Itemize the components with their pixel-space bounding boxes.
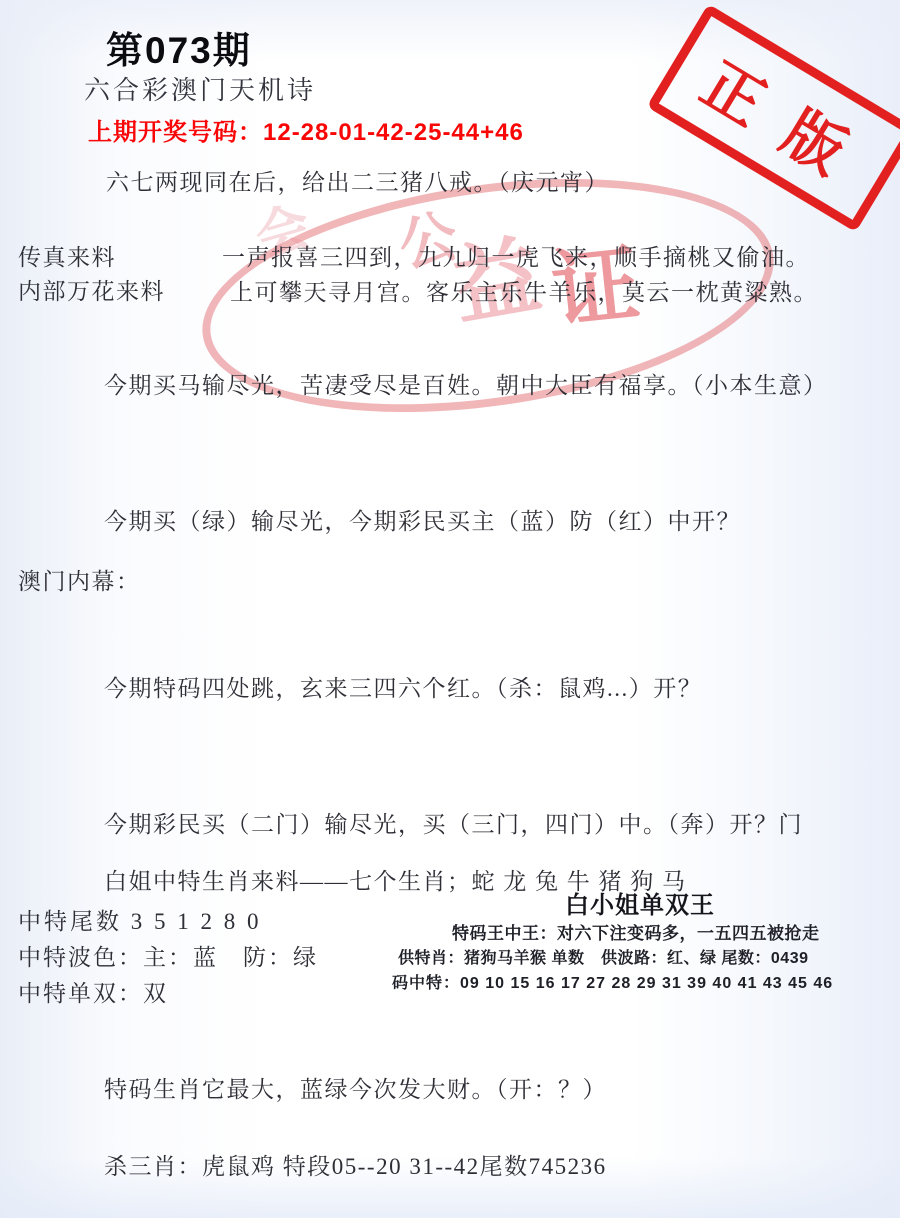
baixiaojie-title: 白小姐单双王 [565,885,715,920]
kill-zodiac-line: 杀三肖：虎鼠鸡 特段05--20 31--42尾数745236 [104,1148,607,1181]
wave-color-line: 中特波色：主：蓝 防：绿 [18,939,318,972]
internal-source-text: 上可攀天寻月宫。客乐主乐牛羊乐，莫云一枕黄粱熟。 [230,274,818,307]
color-bet-line: 今期买（绿）输尽光，今期彩民买主（蓝）防（红）中开？ [104,503,741,536]
fax-source-text: 一声报喜三四到，九九归一虎飞来，顺手摘桃又偷油。 [222,239,810,272]
lottery-tip-sheet: 会 公 益 证 第073期 六合彩澳门天机诗 上期开奖号码：12-28-01-4… [0,0,900,1218]
tianji-poem-line: 六七两现同在后，给出二三猪八戒。（庆元宵） [106,164,609,197]
macau-insider-label: 澳门内幕： [18,563,141,596]
last-draw-numbers: 上期开奖号码：12-28-01-42-25-44+46 [88,112,524,147]
baixiaojie-line-1: 特码王中王：对六下注变码多，一五四五被抢走 [452,919,820,944]
doc-subtitle: 六合彩澳门天机诗 [84,70,316,107]
special-code-line: 今期特码四处跳，玄来三四六个红。（杀：鼠鸡...）开？ [104,670,702,703]
baixiaojie-line-2: 供特肖：猪狗马羊猴 单数 供波路：红、绿 尾数：0439 [398,945,809,968]
small-business-poem-line: 今期买马输尽光，苦凄受尽是百姓。朝中大臣有福享。（小本生意） [104,367,828,400]
odd-even-line: 中特单双：双 [18,975,168,1008]
doors-bet-line: 今期彩民买（二门）输尽光，买（三门，四门）中。（奔）开？门 [104,806,803,839]
baixiaojie-line-3: 码中特：09 10 15 16 17 27 28 29 31 39 40 41 … [392,970,833,993]
internal-source-label: 内部万花来料 [18,273,165,306]
tail-numbers-line: 中特尾数 3 5 1 2 8 0 [18,903,262,936]
final-tip-line: 特码生肖它最大，蓝绿今次发大财。（开：？） [104,1071,607,1104]
issue-number: 第073期 [106,20,252,74]
fax-source-label: 传真来料 [18,239,116,272]
